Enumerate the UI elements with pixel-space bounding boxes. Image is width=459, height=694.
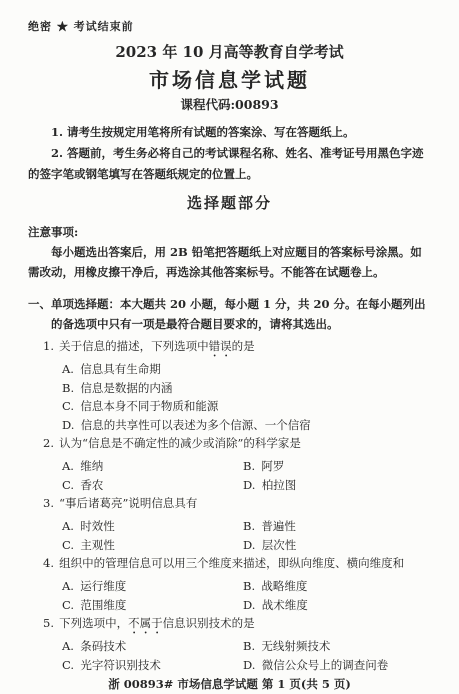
course-code: 课程代码:00893 (28, 95, 431, 113)
option-b: B.普遍性 (243, 517, 431, 536)
option-text: 信息的共享性可以表述为多个信源、一个信宿 (81, 418, 311, 432)
option-label: A. (62, 362, 74, 376)
option-text: 主观性 (80, 538, 115, 552)
question-stem: 2.认为“信息是不确定性的减少或消除”的科学家是 (28, 434, 431, 457)
option-c: C.信息本身不同于物质和能源 (62, 397, 431, 416)
question-stem: 5.下列选项中，不属于信息识别技术的是 (28, 614, 431, 637)
option-c: C.香农 (62, 476, 243, 495)
option-d: D.信息的共享性可以表述为多个信源、一个信宿 (62, 416, 431, 435)
option-d: D.微信公众号上的调查问卷 (243, 656, 431, 675)
options: A.时效性 B.普遍性 C.主观性 D.层次性 (28, 517, 431, 554)
option-text: 柏拉图 (262, 478, 297, 492)
option-d: D.战术维度 (243, 596, 431, 615)
option-a: A.时效性 (62, 517, 243, 536)
option-label: C. (62, 658, 74, 672)
general-instructions: 1. 请考生按规定用笔将所有试题的答案涂、写在答题纸上。 2. 答题前，考生务必… (28, 122, 431, 185)
option-text: 运行维度 (80, 579, 126, 593)
stem-emphasis: 不属于 (128, 616, 163, 630)
option-label: A. (62, 519, 74, 533)
question-stem: 1.关于信息的描述，下列选项中错误的是 (28, 337, 431, 360)
stem-text: 的是 (232, 339, 255, 353)
stem-text: “事后诸葛亮”说明信息具有 (59, 496, 197, 510)
option-b: B.战略维度 (243, 577, 431, 596)
options: A.运行维度 B.战略维度 C.范围维度 D.战术维度 (28, 577, 431, 614)
option-c: C.光字符识别技术 (62, 656, 243, 675)
option-text: 信息本身不同于物质和能源 (80, 399, 218, 413)
option-label: B. (62, 381, 74, 395)
stem-text: 关于信息的描述，下列选项中 (59, 339, 209, 353)
options: A.信息具有生命期 B.信息是数据的内涵 C.信息本身不同于物质和能源 D.信息… (28, 360, 431, 434)
option-b: B.无线射频技术 (243, 637, 431, 656)
option-d: D.柏拉图 (243, 476, 431, 495)
question-number: 4. (43, 556, 54, 570)
section-title: 选择题部分 (28, 192, 431, 213)
option-a: A.条码技术 (62, 637, 243, 656)
option-d: D.层次性 (243, 536, 431, 555)
option-text: 光字符识别技术 (80, 658, 161, 672)
paper-title: 市场信息学试题 (28, 64, 431, 93)
question-2: 2.认为“信息是不确定性的减少或消除”的科学家是 A.维纳 B.阿罗 C.香农 … (28, 434, 431, 494)
option-label: D. (243, 478, 255, 492)
question-stem: 4.组织中的管理信息可以用三个维度来描述，即纵向维度、横向维度和 (28, 554, 431, 577)
option-label: A. (62, 639, 74, 653)
exam-paper-page: 绝密 ★ 考试结束前 2023 年 10 月高等教育自学考试 市场信息学试题 课… (0, 0, 459, 694)
option-b: B.信息是数据的内涵 (62, 379, 431, 398)
part-one-heading: 一、单项选择题：本大题共 20 小题，每小题 1 分，共 20 分。在每小题列出… (28, 294, 431, 334)
option-text: 阿罗 (261, 459, 284, 473)
option-a: A.运行维度 (62, 577, 243, 596)
stem-text: 下列选项中， (59, 616, 128, 630)
option-label: D. (243, 598, 255, 612)
option-b: B.阿罗 (243, 457, 431, 476)
notice-body: 每小题选出答案后，用 2B 铅笔把答题纸上对应题目的答案标号涂黑。如需改动，用橡… (28, 242, 431, 282)
notice-heading: 注意事项: (28, 222, 431, 242)
option-a: A.信息具有生命期 (62, 360, 431, 379)
question-number: 1. (43, 339, 54, 353)
option-text: 时效性 (80, 519, 115, 533)
option-text: 战略维度 (261, 579, 307, 593)
option-label: D. (62, 418, 74, 432)
option-text: 信息具有生命期 (80, 362, 161, 376)
options: A.条码技术 B.无线射频技术 C.光字符识别技术 D.微信公众号上的调查问卷 (28, 637, 431, 674)
option-label: C. (62, 399, 74, 413)
options: A.维纳 B.阿罗 C.香农 D.柏拉图 (28, 457, 431, 494)
option-label: B. (243, 579, 255, 593)
stem-text: 认为“信息是不确定性的减少或消除”的科学家是 (59, 436, 301, 450)
option-label: D. (243, 538, 255, 552)
page-footer: 浙 00893# 市场信息学试题 第 1 页(共 5 页) (28, 676, 431, 692)
option-text: 信息是数据的内涵 (80, 381, 172, 395)
option-text: 条码技术 (80, 639, 126, 653)
option-c: C.范围维度 (62, 596, 243, 615)
option-label: B. (243, 459, 255, 473)
option-label: C. (62, 478, 74, 492)
question-list: 1.关于信息的描述，下列选项中错误的是 A.信息具有生命期 B.信息是数据的内涵… (28, 337, 431, 674)
question-stem: 3.“事后诸葛亮”说明信息具有 (28, 494, 431, 517)
option-label: A. (62, 579, 74, 593)
option-text: 微信公众号上的调查问卷 (262, 658, 389, 672)
option-c: C.主观性 (62, 536, 243, 555)
question-4: 4.组织中的管理信息可以用三个维度来描述，即纵向维度、横向维度和 A.运行维度 … (28, 554, 431, 614)
question-5: 5.下列选项中，不属于信息识别技术的是 A.条码技术 B.无线射频技术 C.光字… (28, 614, 431, 674)
option-text: 范围维度 (80, 598, 126, 612)
exam-session-title: 2023 年 10 月高等教育自学考试 (28, 41, 431, 62)
security-label: 绝密 ★ 考试结束前 (28, 18, 431, 34)
option-text: 战术维度 (262, 598, 308, 612)
stem-text: 组织中的管理信息可以用三个维度来描述，即纵向维度、横向维度和 (59, 556, 404, 570)
question-1: 1.关于信息的描述，下列选项中错误的是 A.信息具有生命期 B.信息是数据的内涵… (28, 337, 431, 434)
option-label: C. (62, 538, 74, 552)
option-label: A. (62, 459, 74, 473)
stem-text: 信息识别技术的是 (163, 616, 255, 630)
option-text: 无线射频技术 (261, 639, 330, 653)
question-number: 2. (43, 436, 54, 450)
stem-emphasis: 错误 (209, 339, 232, 353)
option-label: B. (243, 639, 255, 653)
option-text: 普遍性 (261, 519, 296, 533)
question-number: 5. (43, 616, 54, 630)
option-text: 香农 (80, 478, 103, 492)
question-number: 3. (43, 496, 54, 510)
option-label: C. (62, 598, 74, 612)
option-a: A.维纳 (62, 457, 243, 476)
question-3: 3.“事后诸葛亮”说明信息具有 A.时效性 B.普遍性 C.主观性 D.层次性 (28, 494, 431, 554)
option-label: D. (243, 658, 255, 672)
option-text: 层次性 (262, 538, 297, 552)
option-text: 维纳 (80, 459, 103, 473)
instruction-item-1: 1. 请考生按规定用笔将所有试题的答案涂、写在答题纸上。 (28, 122, 431, 143)
instruction-item-2: 2. 答题前，考生务必将自己的考试课程名称、姓名、准考证号用黑色字迹的签字笔或钢… (28, 143, 431, 185)
option-label: B. (243, 519, 255, 533)
